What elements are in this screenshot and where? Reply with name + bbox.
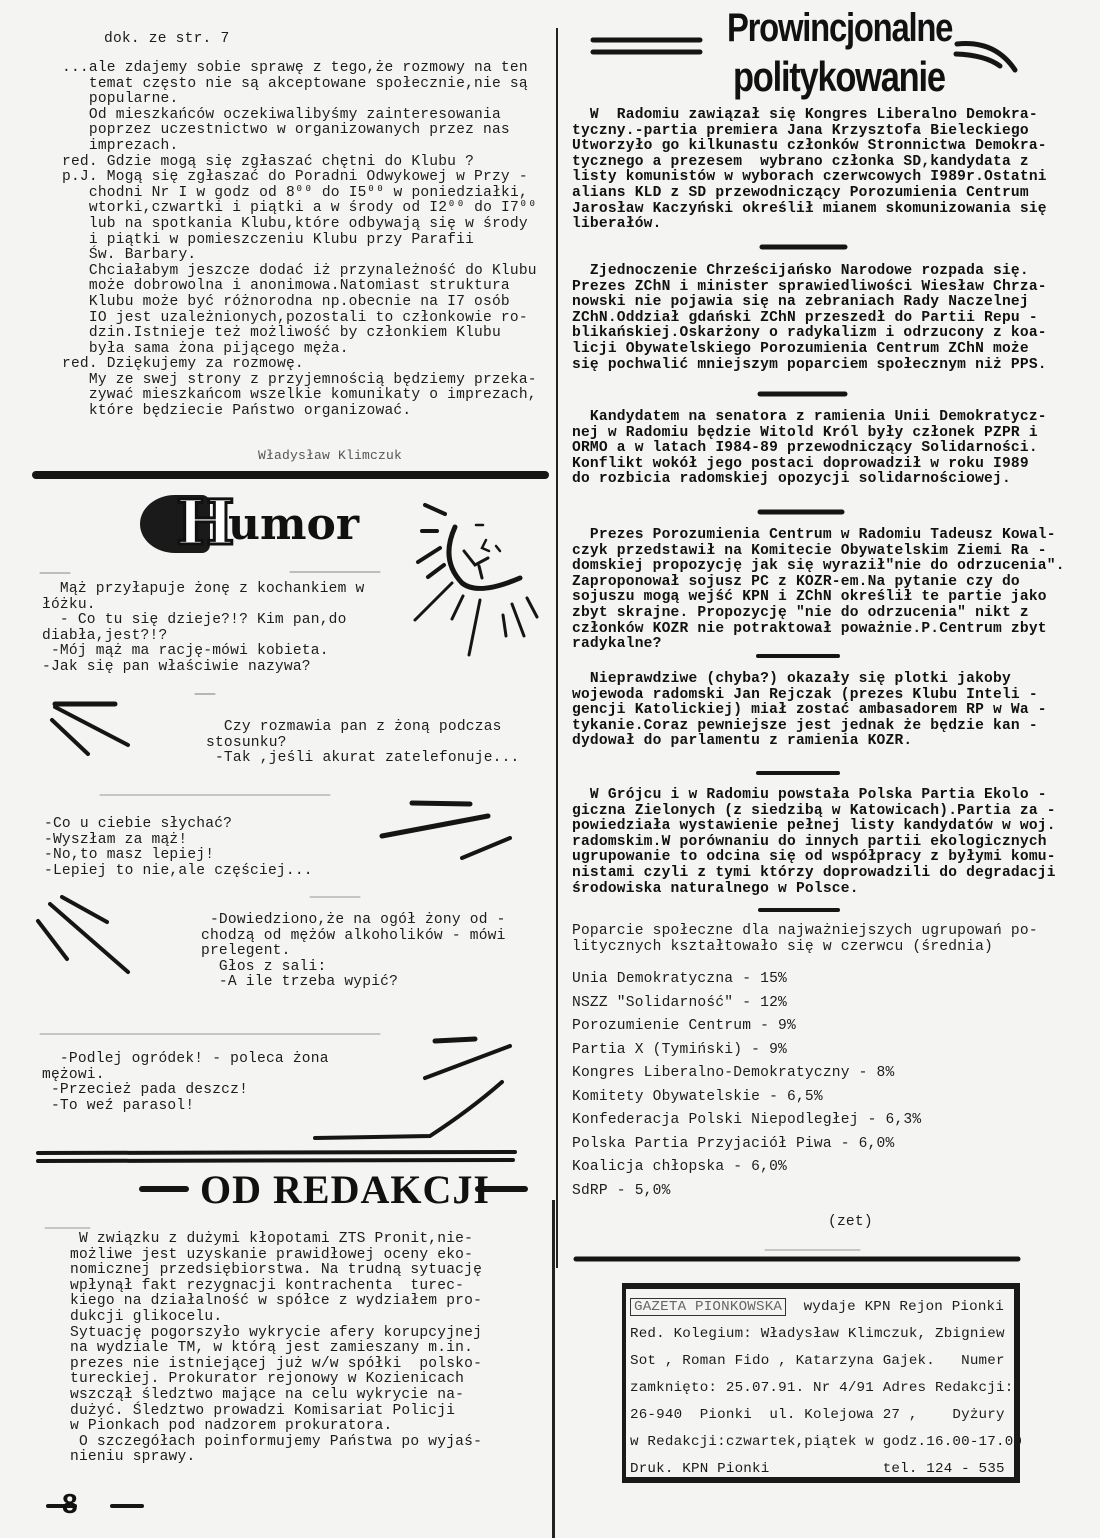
article-line: gencji Katolickiej) miał zostać ambasado… xyxy=(572,703,1047,719)
joke-line: -Mój mąż ma rację-mówi kobieta. xyxy=(42,644,364,660)
text-line: prezes nie istniejącej już w/w spółki po… xyxy=(70,1357,482,1373)
article-rejczak: Nieprawdziwe (chyba?) okazały się plotki… xyxy=(572,672,1047,750)
text-line: imprezach. xyxy=(62,139,537,155)
text-line: wszczął śledztwo mające na celu wykrycie… xyxy=(70,1388,482,1404)
column-divider-lower xyxy=(552,1200,555,1538)
poll-item: Komitety Obywatelskie - 6,5% xyxy=(572,1086,921,1110)
joke-line: -Jak się pan właściwie nazywa? xyxy=(42,660,364,676)
joke-line: -A ile trzeba wypić? xyxy=(201,975,506,991)
poll-item: NSZZ "Solidarność" - 12% xyxy=(572,992,921,1016)
joke-line: - Co tu się dzieje?!? Kim pan,do xyxy=(42,613,364,629)
article-line: Konflikt wokół jego postaci doprowadził … xyxy=(572,457,1047,473)
text-line: p.J. Mogą się zgłaszać do Poradni Odwyko… xyxy=(62,170,537,186)
text-line: nomicznej przedsiębiorstwa. Na trudną sy… xyxy=(70,1263,482,1279)
text-line: możliwe jest uzyskanie prawidłowej oceny… xyxy=(70,1248,482,1264)
article-line: blikańskiej.Oskarżony o radykalizm i odr… xyxy=(572,326,1047,342)
article-line: listy komunistów w wyborach czerwcowych … xyxy=(572,170,1047,186)
humor-initial: H xyxy=(176,492,235,554)
article-line: się pochwalić mniejszym poparciem społec… xyxy=(572,358,1047,374)
text-line: wtorki,czwartki i piątki a w środy od I2… xyxy=(62,201,537,217)
article-line: alians KLD z SD przewodniczący Porozumie… xyxy=(572,186,1047,202)
text-line: dzin.Istnieje też możliwość by członkiem… xyxy=(62,326,537,342)
article-line: nistami czyli z tymi którzy doprowadzili… xyxy=(572,866,1056,882)
joke-line: -To weź parasol! xyxy=(42,1099,329,1115)
text-line: red. Dziękujemy za rozmowę. xyxy=(62,357,537,373)
joke-line: -Co u ciebie słychać? xyxy=(44,817,313,833)
joke-line: -Tak ,jeśli akurat zatelefonuje... xyxy=(206,751,520,767)
joke-line: Czy rozmawia pan z żoną podczas xyxy=(206,720,520,736)
article-line: W Grójcu i w Radomiu powstała Polska Par… xyxy=(572,788,1056,804)
article-pc: Prezes Porozumienia Centrum w Radomiu Ta… xyxy=(572,528,1065,653)
section-title-line1: Prowincjonalne xyxy=(727,8,952,48)
text-line: była sama żona pijącego męża. xyxy=(62,342,537,358)
poll-item: Konfederacja Polski Niepodległej - 6,3% xyxy=(572,1109,921,1133)
article-line: powiedziała wystawienie pełnej listy kan… xyxy=(572,819,1056,835)
article-line: Prezes ZChN i minister sprawiedliwości W… xyxy=(572,280,1047,296)
article-line: wojewoda radomski Jan Rejczak (prezes Kl… xyxy=(572,688,1047,704)
joke-line: -Przecież pada deszcz! xyxy=(42,1083,329,1099)
article-line: nej w Radomiu będzie Witold Król były cz… xyxy=(572,426,1047,442)
text-line: lub na spotkania Klubu,które odbywają si… xyxy=(62,217,537,233)
text-line: My ze swej strony z przyjemnością będzie… xyxy=(62,373,537,389)
poll-intro-line: Poparcie społeczne dla najważniejszych u… xyxy=(572,924,1038,940)
article-line: Jarosław Kaczyński określił mianem skomu… xyxy=(572,202,1047,218)
poll-signature: (zet) xyxy=(828,1215,873,1231)
text-line: popularne. xyxy=(62,92,537,108)
text-line: chodni Nr I w godz od 8⁰⁰ do I5⁰⁰ w poni… xyxy=(62,186,537,202)
imprint-line: w Redakcji:czwartek,piątek w godz.16.00-… xyxy=(630,1429,1022,1456)
joke-2: Czy rozmawia pan z żoną podczasstosunku?… xyxy=(206,720,520,767)
poll-item: Porozumienie Centrum - 9% xyxy=(572,1015,921,1039)
article-line: środowiska naturalnego w Polsce. xyxy=(572,882,1056,898)
article-line: domskiej propozycję jak się wyraził"nie … xyxy=(572,559,1065,575)
article-kld: W Radomiu zawiązał się Kongres Liberalno… xyxy=(572,108,1047,233)
page-number: 8 xyxy=(62,1488,78,1520)
article-line: licji Obywatelskiego Porozumienia Centru… xyxy=(572,342,1047,358)
text-line: ...ale zdajemy sobie sprawę z tego,że ro… xyxy=(62,61,537,77)
text-line: i piątki w pomieszczeniu Klubu przy Para… xyxy=(62,233,537,249)
imprint-line: Red. Kolegium: Władysław Klimczuk, Zbign… xyxy=(630,1321,1022,1348)
article-line: nowski nie pojawia się na zebraniach Rad… xyxy=(572,295,1047,311)
joke-line: -Podlej ogródek! - poleca żona xyxy=(42,1052,329,1068)
text-line: w Pionkach pod nadzorem prokuratora. xyxy=(70,1419,482,1435)
joke-line: łóżku. xyxy=(42,598,364,614)
text-line: na wydziale TM, w którą jest zamieszany … xyxy=(70,1341,482,1357)
imprint-line: Sot , Roman Fido , Katarzyna Gajek. Nume… xyxy=(630,1348,1022,1375)
article-zchn: Zjednoczenie Chrześcijańsko Narodowe roz… xyxy=(572,264,1047,373)
poll-intro: Poparcie społeczne dla najważniejszych u… xyxy=(572,924,1038,955)
article-line: ZChN.Oddział gdański ZChN przeszedł do P… xyxy=(572,311,1047,327)
joke-line: -Lepiej to nie,ale częściej... xyxy=(44,864,313,880)
text-line: dużyć. Śledztwo prowadzi Komisariat Poli… xyxy=(70,1404,482,1420)
text-line: wpłynął fakt rezygnacji kontrachenta tur… xyxy=(70,1279,482,1295)
humor-title: umor xyxy=(228,500,359,550)
text-line: kiego na działalność w spółce z wydziałe… xyxy=(70,1294,482,1310)
article-line: Zaproponował sojusz PC z KOZR-em.Na pyta… xyxy=(572,575,1065,591)
joke-line: chodzą od mężów alkoholików - mówi xyxy=(201,929,506,945)
article-line: dydował do parlamentu z ramienia KOZR. xyxy=(572,734,1047,750)
article-line: radomskim.W porównaniu do innych partii … xyxy=(572,835,1056,851)
article-line: Prezes Porozumienia Centrum w Radomiu Ta… xyxy=(572,528,1065,544)
text-line: zywać mieszkańcom wszelkie komunikaty o … xyxy=(62,388,537,404)
article-line: czyk przedstawił na Komitecie Obywatelsk… xyxy=(572,544,1065,560)
text-line: poprzez uczestnictwo w organizowanych pr… xyxy=(62,123,537,139)
text-line: temat często nie są akceptowane społeczn… xyxy=(62,77,537,93)
imprint-box: GAZETA PIONKOWSKA wydaje KPN Rejon Pionk… xyxy=(622,1283,1020,1483)
article-line: zbyt skrajne. Propozycję "nie do odrzuce… xyxy=(572,606,1065,622)
text-line: dukcji glikocelu. xyxy=(70,1310,482,1326)
imprint-line: zamknięto: 25.07.91. Nr 4/91 Adres Redak… xyxy=(630,1375,1022,1402)
joke-line: -No,to masz lepiej! xyxy=(44,848,313,864)
article-line: ORMO a w latach I984-89 przewodniczący S… xyxy=(572,441,1047,457)
poll-item: SdRP - 5,0% xyxy=(572,1180,921,1204)
text-line: może dobrowolna i anonimowa.Natomiast st… xyxy=(62,279,537,295)
continuation-note: dok. ze str. 7 xyxy=(104,32,229,48)
article-line: tykanie.Coraz pewniejsze jest jednak że … xyxy=(572,719,1047,735)
text-line: Od mieszkańców oczekiwalibyśmy zainteres… xyxy=(62,108,537,124)
column-divider xyxy=(556,28,558,1268)
article-line: Utworzyło go kilkunastu członków Stronni… xyxy=(572,139,1047,155)
poll-item: Unia Demokratyczna - 15% xyxy=(572,968,921,992)
article-line: W Radomiu zawiązał się Kongres Liberalno… xyxy=(572,108,1047,124)
text-line: Klubu może być różnorodna np.obecnie na … xyxy=(62,295,537,311)
editorial-text: W związku z dużymi kłopotami ZTS Pronit,… xyxy=(70,1232,482,1466)
text-line: W związku z dużymi kłopotami ZTS Pronit,… xyxy=(70,1232,482,1248)
joke-line: Głos z sali: xyxy=(201,960,506,976)
article-senator: Kandydatem na senatora z ramienia Unii D… xyxy=(572,410,1047,488)
joke-line: -Wyszłam za mąż! xyxy=(44,833,313,849)
poll-item: Koalicja chłopska - 6,0% xyxy=(572,1156,921,1180)
text-line: IO jest uzależnionych,pozostali to człon… xyxy=(62,311,537,327)
joke-line: prelegent. xyxy=(201,944,506,960)
article-line: tyczny.-partia premiera Jana Krzysztofa … xyxy=(572,124,1047,140)
imprint-line: Druk. KPN Pionki tel. 124 - 535 xyxy=(630,1456,1022,1483)
editorial-title: OD REDAKCJI xyxy=(200,1168,490,1212)
article-ecology: W Grójcu i w Radomiu powstała Polska Par… xyxy=(572,788,1056,897)
joke-line: diabła,jest?!? xyxy=(42,629,364,645)
article-line: sojuszu mogą wejść KPN i ZChN określił t… xyxy=(572,590,1065,606)
text-line: Sytuację pogorszyło wykrycie afery korup… xyxy=(70,1326,482,1342)
article-line: radykalne? xyxy=(572,637,1065,653)
article-line: członków KOZR nie potraktował poważnie.P… xyxy=(572,622,1065,638)
article-line: tycznego a prezesem wybrano członka SD,k… xyxy=(572,155,1047,171)
joke-line: Mąż przyłapuje żonę z kochankiem w xyxy=(42,582,364,598)
poll-item: Partia X (Tymiński) - 9% xyxy=(572,1039,921,1063)
text-line: tureckiej. Prokurator rejonowy w Kozieni… xyxy=(70,1372,482,1388)
article-line: Nieprawdziwe (chyba?) okazały się plotki… xyxy=(572,672,1047,688)
joke-4: -Dowiedziono,że na ogół żony od -chodzą … xyxy=(201,913,506,991)
article-line: liberałów. xyxy=(572,217,1047,233)
poll-item: Kongres Liberalno-Demokratyczny - 8% xyxy=(572,1062,921,1086)
text-line: O szczegółach poinformujemy Państwa po w… xyxy=(70,1435,482,1451)
article-line: ugrupowanie to odcina się od współpracy … xyxy=(572,850,1056,866)
text-line: które będziecie Państwo organizować. xyxy=(62,404,537,420)
text-line: Św. Barbary. xyxy=(62,248,537,264)
poll-item: Polska Partia Przyjaciół Piwa - 6,0% xyxy=(572,1133,921,1157)
interview-text: ...ale zdajemy sobie sprawę z tego,że ro… xyxy=(62,61,537,420)
text-line: Chciałabym jeszcze dodać iż przynależnoś… xyxy=(62,264,537,280)
joke-1: Mąż przyłapuje żonę z kochankiem włóżku.… xyxy=(42,582,364,676)
text-line: red. Gdzie mogą się zgłaszać chętni do K… xyxy=(62,155,537,171)
author-signature: Władysław Klimczuk xyxy=(258,448,402,464)
joke-line: mężowi. xyxy=(42,1068,329,1084)
joke-line: stosunku? xyxy=(206,736,520,752)
poll-intro-line: litycznych kształtowało się w czerwcu (ś… xyxy=(572,940,1038,956)
joke-line: -Dowiedziono,że na ogół żony od - xyxy=(201,913,506,929)
article-line: giczna Zielonych (z siedzibą w Katowicac… xyxy=(572,804,1056,820)
paper-name-badge: GAZETA PIONKOWSKA xyxy=(630,1298,786,1316)
joke-3: -Co u ciebie słychać?-Wyszłam za mąż!-No… xyxy=(44,817,313,879)
section-title-line2: politykowanie xyxy=(733,56,945,98)
imprint-line: 26-940 Pionki ul. Kolejowa 27 , Dyżury xyxy=(630,1402,1022,1429)
poll-list: Unia Demokratyczna - 15%NSZZ "Solidarnoś… xyxy=(572,968,921,1203)
article-line: do rozbicia radomskiej opozycji solidarn… xyxy=(572,472,1047,488)
joke-5: -Podlej ogródek! - poleca żonamężowi. -P… xyxy=(42,1052,329,1114)
article-line: Kandydatem na senatora z ramienia Unii D… xyxy=(572,410,1047,426)
text-line: nieniu sprawy. xyxy=(70,1450,482,1466)
imprint-line: GAZETA PIONKOWSKA wydaje KPN Rejon Pionk… xyxy=(630,1294,1022,1321)
article-line: Zjednoczenie Chrześcijańsko Narodowe roz… xyxy=(572,264,1047,280)
imprint-text: GAZETA PIONKOWSKA wydaje KPN Rejon Pionk… xyxy=(630,1294,1022,1483)
